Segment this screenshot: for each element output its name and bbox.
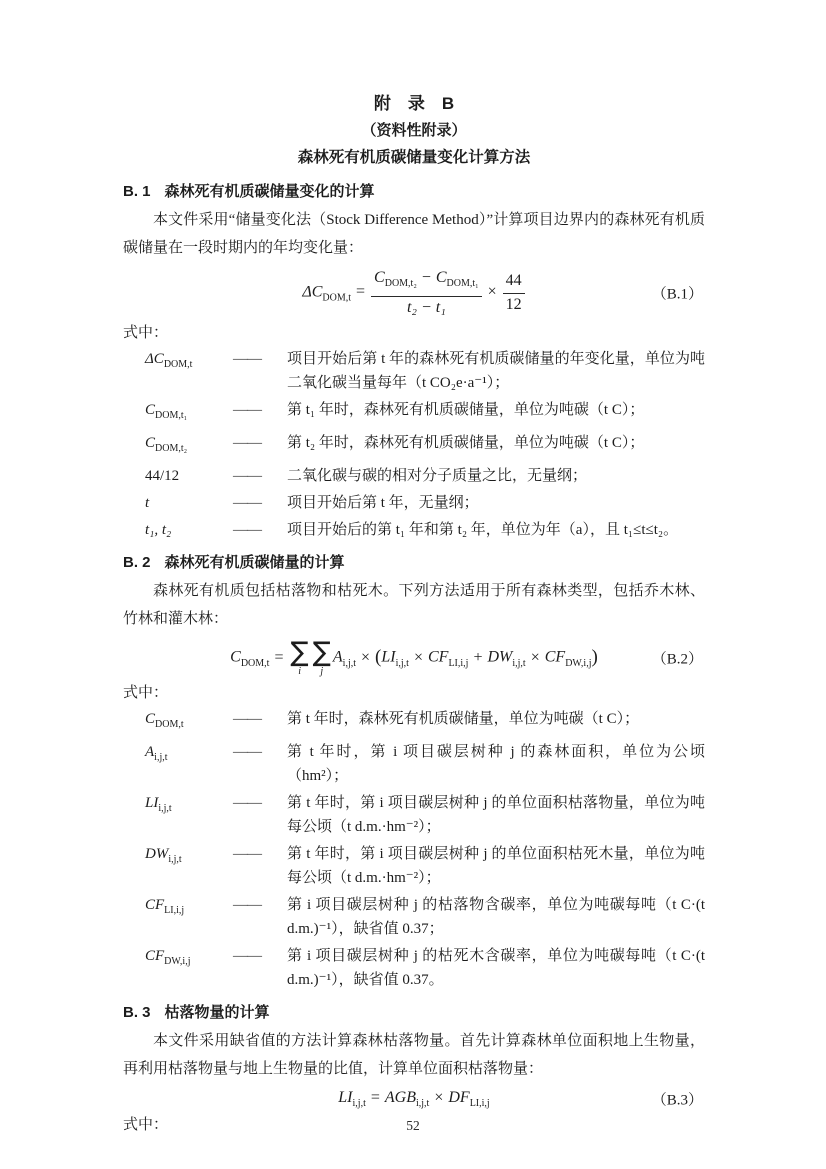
definition-text: 第 t 年时，第 i 项目碳层树种 j 的单位面积枯落物量，单位为吨每公顷（t … — [287, 791, 705, 839]
symbol-base: DW — [145, 846, 168, 862]
symbol-base: t₁, t₂ — [145, 522, 171, 538]
section-b2-heading: B. 2森林死有机质碳储量的计算 — [123, 553, 705, 573]
definition-dash: —— — [233, 944, 287, 968]
symbol-sub: DOM,t₂ — [155, 443, 187, 454]
symbol-sub: LI,i,j — [164, 905, 184, 916]
var-li: LI — [381, 649, 395, 666]
var-df-sub: LI,i,j — [470, 1098, 490, 1109]
definition-dash: —— — [233, 464, 287, 488]
formula-b1-numerator: CDOM,t₂−CDOM,t₁ — [371, 268, 482, 296]
symbol: Ai,j,t — [145, 740, 233, 770]
symbol-sub: DOM,t₁ — [155, 410, 187, 421]
symbol: CDOM,t₁ — [145, 398, 233, 428]
times-sign: × — [531, 649, 540, 666]
definition-row: CDOM,t₁ —— 第 t₁ 年时，森林死有机质碳储量，单位为吨碳（t C）； — [123, 398, 705, 428]
symbol-sub: DW,i,j — [164, 956, 190, 967]
section-b3-number: B. 3 — [123, 1004, 151, 1021]
document-page: 附 录 B （资料性附录） 森林死有机质碳储量变化计算方法 B. 1森林死有机质… — [0, 0, 826, 1169]
var-c2: C — [374, 269, 385, 286]
section-b3-paragraph: 本文件采用缺省值的方法计算森林枯落物量。首先计算森林单位面积地上生物量，再利用枯… — [123, 1027, 705, 1083]
formula-b2-lhs: C — [230, 649, 241, 666]
formula-b1-lhs-sub: DOM,t — [322, 292, 351, 303]
formula-b1-lhs: ΔC — [302, 283, 322, 300]
section-b2: B. 2森林死有机质碳储量的计算 森林死有机质包括枯落物和枯死木。下列方法适用于… — [123, 553, 705, 992]
var-agb-sub: i,j,t — [416, 1098, 429, 1109]
symbol: t₁, t₂ — [145, 518, 233, 542]
summation-i: ∑i — [290, 639, 308, 677]
symbol-base: t — [145, 495, 149, 511]
symbol-sub: i,j,t — [154, 752, 167, 763]
where-label-b1: 式中： — [123, 321, 705, 345]
symbol-sub: DOM,t — [164, 359, 193, 370]
summation-j: ∑j — [313, 639, 331, 677]
sigma-icon: ∑ — [313, 639, 331, 666]
definition-row: LIi,j,t —— 第 t 年时，第 i 项目碳层树种 j 的单位面积枯落物量… — [123, 791, 705, 839]
definition-dash: —— — [233, 842, 287, 866]
definition-row: Ai,j,t —— 第 t 年时，第 i 项目碳层树种 j 的森林面积，单位为公… — [123, 740, 705, 788]
symbol: CDOM,t — [145, 707, 233, 737]
section-b1: B. 1森林死有机质碳储量变化的计算 本文件采用“储量变化法（Stock Dif… — [123, 182, 705, 542]
section-b2-paragraph: 森林死有机质包括枯落物和枯死木。下列方法适用于所有森林类型，包括乔木林、竹林和灌… — [123, 577, 705, 633]
definition-dash: —— — [233, 431, 287, 455]
section-b3-heading: B. 3枯落物量的计算 — [123, 1003, 705, 1023]
times-sign: × — [361, 649, 370, 666]
symbol-base: C — [145, 435, 155, 451]
symbol-sub: i,j,t — [158, 803, 171, 814]
page-content: 附 录 B （资料性附录） 森林死有机质碳储量变化计算方法 B. 1森林死有机质… — [123, 90, 705, 1137]
symbol: CFDW,i,j — [145, 944, 233, 974]
var-dw: DW — [487, 649, 512, 666]
definition-text: 第 i 项目碳层树种 j 的枯落物含碳率，单位为吨碳每吨（t C·(t d.m.… — [287, 893, 705, 941]
times-sign: × — [488, 283, 497, 300]
formula-b3: LIi,j,t=AGBi,j,t×DFLI,i,j — [338, 1089, 489, 1109]
section-b3-title: 枯落物量的计算 — [165, 1004, 270, 1021]
section-b2-title: 森林死有机质碳储量的计算 — [165, 554, 345, 571]
definition-row: t —— 项目开始后第 t 年，无量纲； — [123, 491, 705, 515]
var-dw-sub: i,j,t — [512, 658, 525, 669]
var-cf-li: CF — [428, 649, 448, 666]
close-paren: ) — [592, 647, 598, 668]
formula-b2-lhs-sub: DOM,t — [241, 658, 270, 669]
section-b1-number: B. 1 — [123, 183, 151, 200]
definition-dash: —— — [233, 347, 287, 371]
appendix-type-label: （资料性附录） — [123, 117, 705, 144]
symbol: CFLI,i,j — [145, 893, 233, 923]
symbol: 44/12 — [145, 464, 233, 488]
times-sign: × — [434, 1089, 443, 1106]
definitions-b1: ΔCDOM,t —— 项目开始后第 t 年的森林死有机质碳储量的年变化量，单位为… — [123, 347, 705, 542]
symbol-sub: DOM,t — [155, 719, 184, 730]
symbol-sub: i,j,t — [168, 854, 181, 865]
definition-row: DWi,j,t —— 第 t 年时，第 i 项目碳层树种 j 的单位面积枯死木量… — [123, 842, 705, 890]
definition-dash: —— — [233, 491, 287, 515]
var-li-sub: i,j,t — [396, 658, 409, 669]
formula-b1-fraction: CDOM,t₂−CDOM,t₁t₂ − t₁ — [371, 268, 482, 317]
definition-text: 第 t₂ 年时，森林死有机质碳储量，单位为吨碳（t C）； — [287, 431, 705, 455]
summation-index: i — [290, 667, 308, 677]
formula-b1-label: （B.1） — [652, 282, 703, 303]
formula-b1-row: ΔCDOM,t=CDOM,t₂−CDOM,t₁t₂ − t₁×4412 （B.1… — [123, 268, 705, 317]
symbol-base: CF — [145, 948, 164, 964]
definition-text: 第 t 年时，森林死有机质碳储量，单位为吨碳（t C）； — [287, 707, 705, 731]
symbol: t — [145, 491, 233, 515]
definition-row: 44/12 —— 二氧化碳与碳的相对分子质量之比，无量纲； — [123, 464, 705, 488]
symbol-base: C — [145, 402, 155, 418]
where-label-b2: 式中： — [123, 681, 705, 705]
section-b1-paragraph: 本文件采用“储量变化法（Stock Difference Method）”计算项… — [123, 206, 705, 262]
formula-b1: ΔCDOM,t=CDOM,t₂−CDOM,t₁t₂ − t₁×4412 — [302, 268, 525, 317]
var-agb: AGB — [385, 1089, 416, 1106]
formula-b2-label: （B.2） — [652, 648, 703, 669]
symbol: DWi,j,t — [145, 842, 233, 872]
var-c2-sub: DOM,t₂ — [385, 278, 417, 289]
definition-text: 项目开始后第 t 年，无量纲； — [287, 491, 705, 515]
definition-dash: —— — [233, 893, 287, 917]
formula-b2: CDOM,t=∑i∑jAi,j,t×(LIi,j,t×CFLI,i,j+DWi,… — [230, 639, 598, 677]
definition-dash: —— — [233, 707, 287, 731]
formula-b3-lhs-sub: i,j,t — [353, 1098, 366, 1109]
var-c1-sub: DOM,t₁ — [447, 278, 479, 289]
definition-text: 项目开始后的第 t₁ 年和第 t₂ 年，单位为年（a），且 t₁≤t≤t₂。 — [287, 518, 705, 542]
definition-row: CFLI,i,j —— 第 i 项目碳层树种 j 的枯落物含碳率，单位为吨碳每吨… — [123, 893, 705, 941]
equals-sign: = — [274, 649, 283, 666]
equals-sign: = — [371, 1089, 380, 1106]
symbol-base: ΔC — [145, 351, 164, 367]
symbol-base: A — [145, 744, 154, 760]
times-sign: × — [414, 649, 423, 666]
section-b1-title: 森林死有机质碳储量变化的计算 — [165, 183, 375, 200]
definition-row: t₁, t₂ —— 项目开始后的第 t₁ 年和第 t₂ 年，单位为年（a），且 … — [123, 518, 705, 542]
symbol-base: 44/12 — [145, 468, 179, 484]
definition-row: CFDW,i,j —— 第 i 项目碳层树种 j 的枯死木含碳率，单位为吨碳每吨… — [123, 944, 705, 992]
definitions-b2: CDOM,t —— 第 t 年时，森林死有机质碳储量，单位为吨碳（t C）； A… — [123, 707, 705, 992]
definition-row: ΔCDOM,t —— 项目开始后第 t 年的森林死有机质碳储量的年变化量，单位为… — [123, 347, 705, 395]
definition-text: 项目开始后第 t 年的森林死有机质碳储量的年变化量，单位为吨二氧化碳当量每年（t… — [287, 347, 705, 395]
symbol-base: LI — [145, 795, 158, 811]
definition-dash: —— — [233, 740, 287, 764]
page-number: 52 — [0, 1118, 826, 1134]
formula-b1-denominator: t₂ − t₁ — [371, 296, 482, 317]
formula-b3-lhs: LI — [338, 1089, 352, 1106]
symbol-base: C — [145, 711, 155, 727]
summation-index: j — [313, 667, 331, 677]
var-c1: C — [436, 269, 447, 286]
var-a-sub: i,j,t — [343, 658, 356, 669]
var-df: DF — [448, 1089, 469, 1106]
var-cf-dw: CF — [545, 649, 565, 666]
var-cf-li-sub: LI,i,j — [448, 658, 468, 669]
definition-text: 二氧化碳与碳的相对分子质量之比，无量纲； — [287, 464, 705, 488]
definition-dash: —— — [233, 398, 287, 422]
section-b2-number: B. 2 — [123, 554, 151, 571]
definition-row: CDOM,t —— 第 t 年时，森林死有机质碳储量，单位为吨碳（t C）； — [123, 707, 705, 737]
formula-b1-ratio: 4412 — [503, 271, 525, 314]
definition-row: CDOM,t₂ —— 第 t₂ 年时，森林死有机质碳储量，单位为吨碳（t C）； — [123, 431, 705, 461]
appendix-title: 附 录 B — [123, 90, 705, 117]
var-a: A — [333, 649, 343, 666]
minus-sign: − — [422, 269, 431, 286]
formula-b3-label: （B.3） — [652, 1089, 703, 1110]
definition-dash: —— — [233, 791, 287, 815]
symbol: CDOM,t₂ — [145, 431, 233, 461]
plus-sign: + — [473, 649, 482, 666]
var-cf-dw-sub: DW,i,j — [565, 658, 591, 669]
sigma-icon: ∑ — [290, 639, 308, 666]
equals-sign: = — [356, 283, 365, 300]
section-b1-heading: B. 1森林死有机质碳储量变化的计算 — [123, 182, 705, 202]
appendix-subject: 森林死有机质碳储量变化计算方法 — [123, 144, 705, 171]
ratio-denominator: 12 — [503, 293, 525, 314]
symbol-base: CF — [145, 897, 164, 913]
definition-text: 第 t 年时，第 i 项目碳层树种 j 的单位面积枯死木量，单位为吨每公顷（t … — [287, 842, 705, 890]
ratio-numerator: 44 — [503, 271, 525, 293]
symbol: ΔCDOM,t — [145, 347, 233, 377]
formula-b3-row: LIi,j,t=AGBi,j,t×DFLI,i,j （B.3） — [123, 1089, 705, 1109]
definition-text: 第 t₁ 年时，森林死有机质碳储量，单位为吨碳（t C）； — [287, 398, 705, 422]
formula-b2-row: CDOM,t=∑i∑jAi,j,t×(LIi,j,t×CFLI,i,j+DWi,… — [123, 639, 705, 677]
definition-dash: —— — [233, 518, 287, 542]
symbol: LIi,j,t — [145, 791, 233, 821]
definition-text: 第 i 项目碳层树种 j 的枯死木含碳率，单位为吨碳每吨（t C·(t d.m.… — [287, 944, 705, 992]
definition-text: 第 t 年时，第 i 项目碳层树种 j 的森林面积，单位为公顷（hm²）； — [287, 740, 705, 788]
